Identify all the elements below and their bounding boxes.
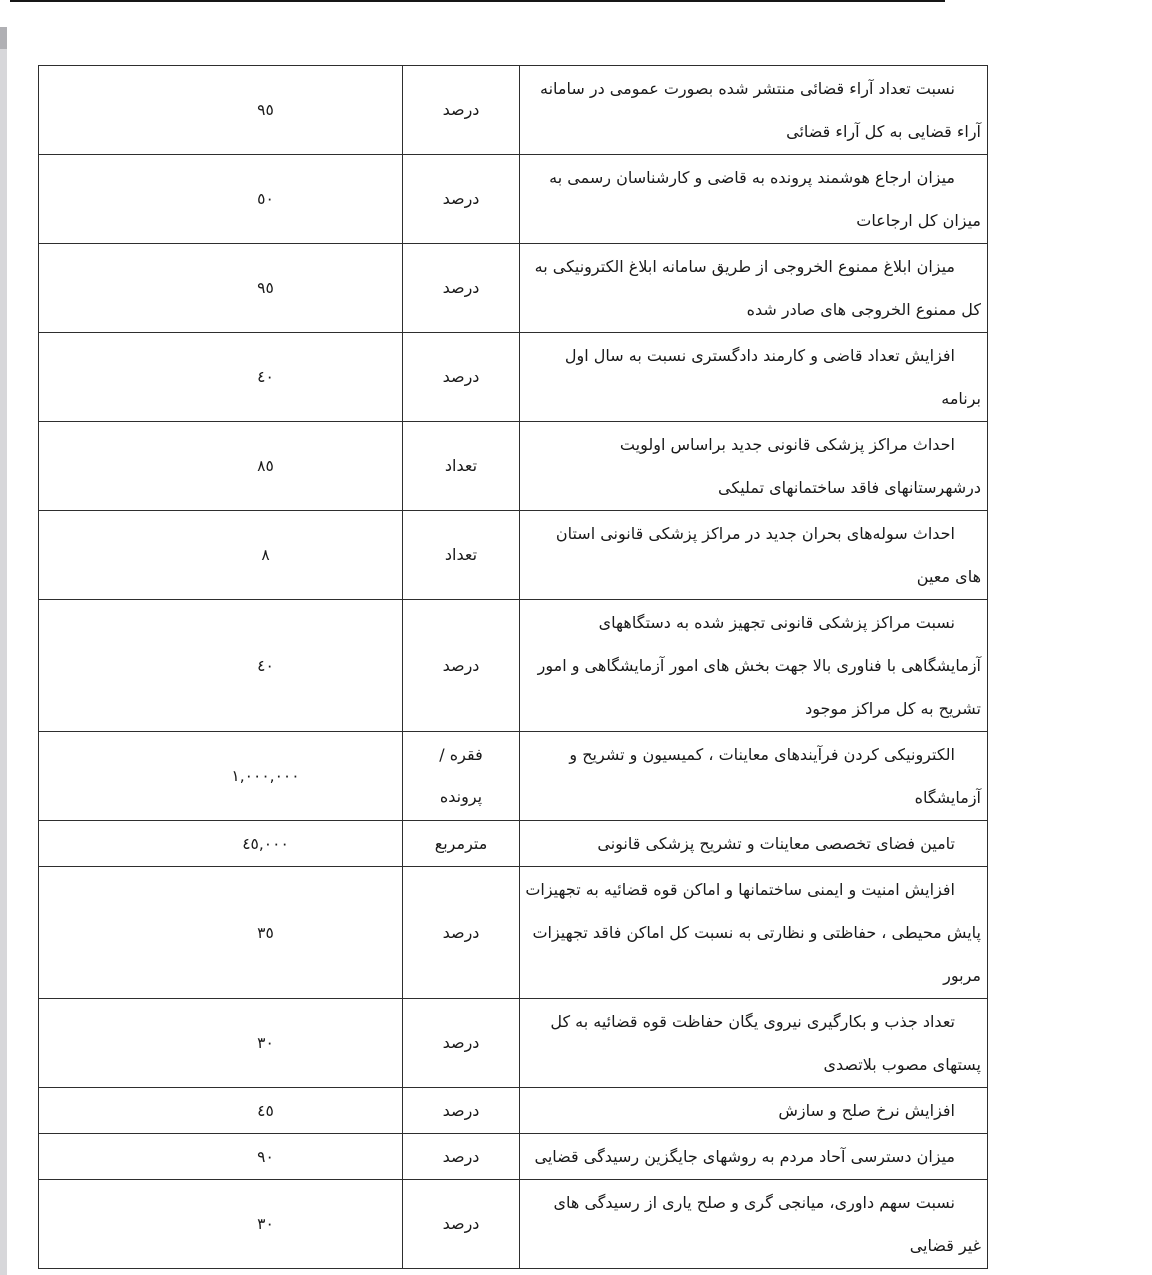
table-row: میزان ارجاع هوشمند پرونده به قاضی و کارش… [39, 155, 988, 244]
indicator-cell: افزایش تعداد قاضی و کارمند دادگستری نسبت… [520, 333, 988, 422]
indicator-cell: تامین فضای تخصصی معاینات و تشریح پزشکی ق… [520, 821, 988, 867]
table-row: نسبت تعداد آراء قضائی منتشر شده بصورت عم… [39, 66, 988, 155]
unit-cell: فقره / پرونده [403, 732, 520, 821]
indicator-cell: افزایش امنیت و ایمنی ساختمانها و اماکن ق… [520, 867, 988, 999]
table-row: نسبت سهم داوری، میانجی گری و صلح یاری از… [39, 1180, 988, 1269]
unit-cell: تعداد [403, 511, 520, 600]
value-cell: ٩٥ [39, 66, 403, 155]
indicator-cell: نسبت سهم داوری، میانجی گری و صلح یاری از… [520, 1180, 988, 1269]
indicator-cell: نسبت تعداد آراء قضائی منتشر شده بصورت عم… [520, 66, 988, 155]
scan-artifact-top-line [10, 0, 945, 2]
table-row: افزایش امنیت و ایمنی ساختمانها و اماکن ق… [39, 867, 988, 999]
value-cell: ٩٥ [39, 244, 403, 333]
indicator-cell: افزایش نرخ صلح و سازش [520, 1088, 988, 1134]
indicator-cell: الکترونیکی کردن فرآیندهای معاینات ، کمیس… [520, 732, 988, 821]
unit-cell: درصد [403, 1088, 520, 1134]
value-cell: ٤٥,٠٠٠ [39, 821, 403, 867]
table-row: میزان دسترسی آحاد مردم به روشهای جایگزین… [39, 1134, 988, 1180]
table-row: احداث سوله‌های بحران جدید در مراکز پزشکی… [39, 511, 988, 600]
indicators-table-container: نسبت تعداد آراء قضائی منتشر شده بصورت عم… [182, 65, 988, 1269]
value-cell: ٣٠ [39, 1180, 403, 1269]
unit-cell: درصد [403, 155, 520, 244]
table-row: الکترونیکی کردن فرآیندهای معاینات ، کمیس… [39, 732, 988, 821]
table-row: افزایش نرخ صلح و سازش درصد ٤٥ [39, 1088, 988, 1134]
value-cell: ٨ [39, 511, 403, 600]
unit-cell: تعداد [403, 422, 520, 511]
value-cell: ٤٠ [39, 600, 403, 732]
table-row: احداث مراکز پزشکی قانونی جدید براساس اول… [39, 422, 988, 511]
scan-artifact-left-strip [0, 27, 7, 1275]
indicator-cell: احداث مراکز پزشکی قانونی جدید براساس اول… [520, 422, 988, 511]
scanned-document-page: نسبت تعداد آراء قضائی منتشر شده بصورت عم… [0, 0, 1152, 1275]
indicator-cell: میزان دسترسی آحاد مردم به روشهای جایگزین… [520, 1134, 988, 1180]
table-row: نسبت مراکز پزشکی قانونی تجهیز شده به دست… [39, 600, 988, 732]
value-cell: ٥٠ [39, 155, 403, 244]
unit-cell: درصد [403, 1134, 520, 1180]
value-cell: ٩٠ [39, 1134, 403, 1180]
unit-cell: درصد [403, 1180, 520, 1269]
value-cell: ٣٥ [39, 867, 403, 999]
value-cell: ٤٥ [39, 1088, 403, 1134]
indicator-cell: میزان ابلاغ ممنوع الخروجی از طریق سامانه… [520, 244, 988, 333]
value-cell: ٣٠ [39, 999, 403, 1088]
indicator-cell: میزان ارجاع هوشمند پرونده به قاضی و کارش… [520, 155, 988, 244]
unit-cell: درصد [403, 867, 520, 999]
unit-cell: درصد [403, 244, 520, 333]
unit-cell: درصد [403, 999, 520, 1088]
indicator-cell: احداث سوله‌های بحران جدید در مراکز پزشکی… [520, 511, 988, 600]
unit-cell: درصد [403, 66, 520, 155]
table-row: میزان ابلاغ ممنوع الخروجی از طریق سامانه… [39, 244, 988, 333]
unit-cell: درصد [403, 333, 520, 422]
table-row: افزایش تعداد قاضی و کارمند دادگستری نسبت… [39, 333, 988, 422]
value-cell: ٨٥ [39, 422, 403, 511]
table-row: تعداد جذب و بکارگیری نیروی یگان حفاظت قو… [39, 999, 988, 1088]
scan-artifact-left-mark [0, 27, 7, 49]
unit-cell: درصد [403, 600, 520, 732]
unit-cell: مترمربع [403, 821, 520, 867]
table-row: تامین فضای تخصصی معاینات و تشریح پزشکی ق… [39, 821, 988, 867]
indicator-cell: نسبت مراکز پزشکی قانونی تجهیز شده به دست… [520, 600, 988, 732]
indicator-cell: تعداد جذب و بکارگیری نیروی یگان حفاظت قو… [520, 999, 988, 1088]
indicators-table: نسبت تعداد آراء قضائی منتشر شده بصورت عم… [38, 65, 988, 1269]
value-cell: ٤٠ [39, 333, 403, 422]
indicators-table-body: نسبت تعداد آراء قضائی منتشر شده بصورت عم… [39, 66, 988, 1269]
value-cell: ١,٠٠٠,٠٠٠ [39, 732, 403, 821]
